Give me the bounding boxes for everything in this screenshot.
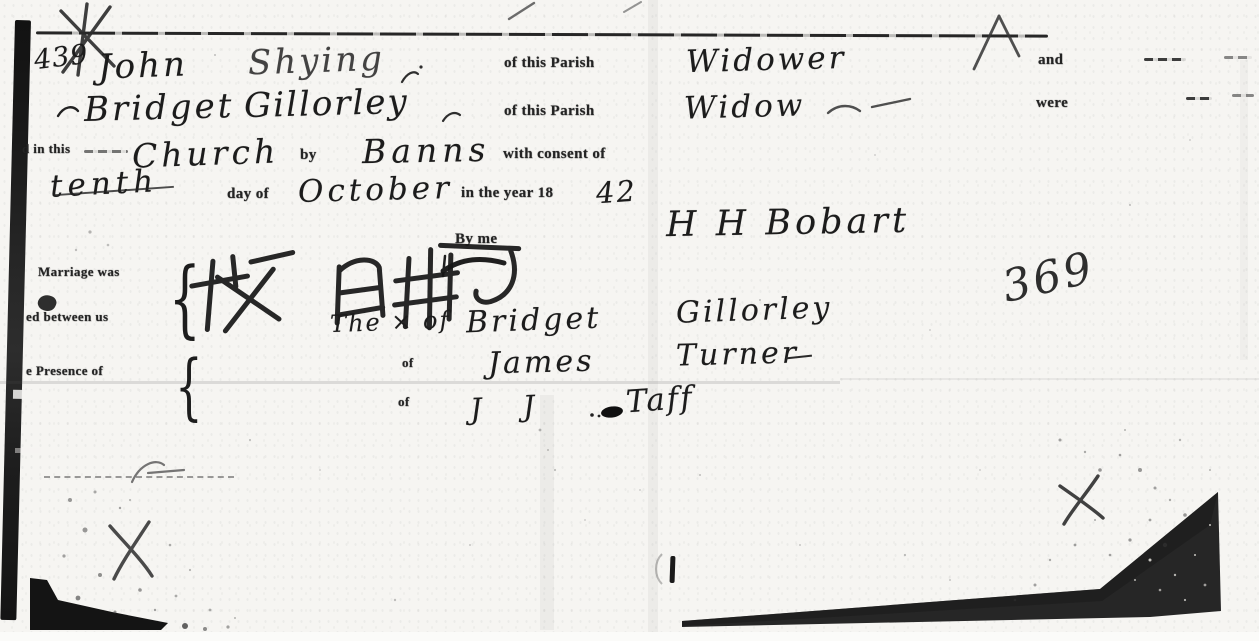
scan-noise-speckles [0,0,1259,641]
scanned-marriage-register: 439 John Shying of this Parish Widower a… [0,0,1259,641]
scan-bottom-margin [0,632,1259,641]
